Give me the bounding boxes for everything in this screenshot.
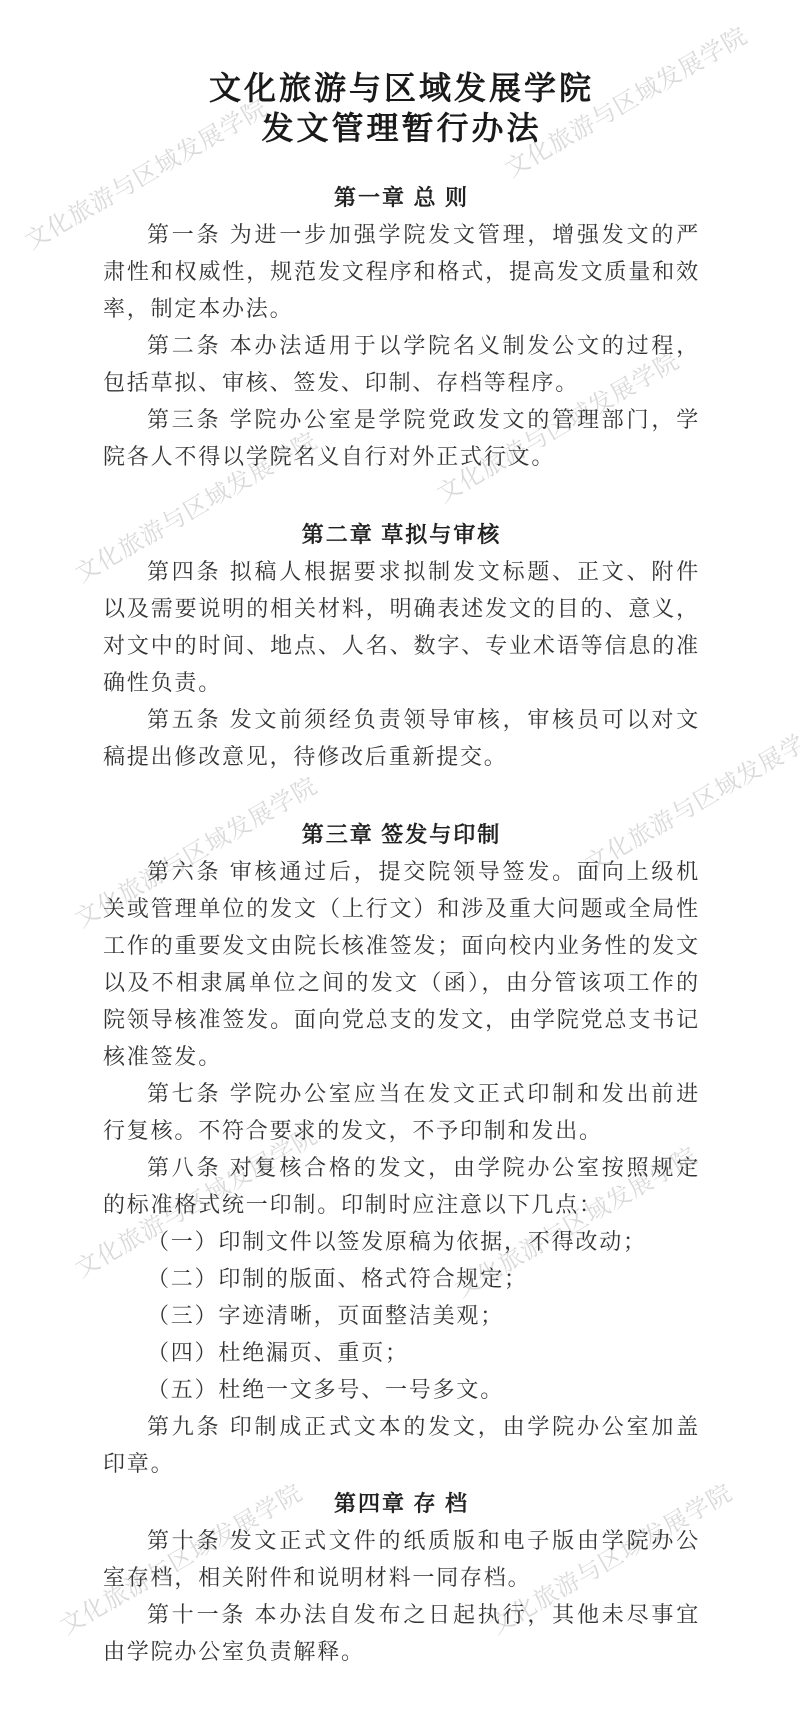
paragraph: 第三条 学院办公室是学院党政发文的管理部门，学院各人不得以学院名义自行对外正式行… <box>103 401 700 475</box>
paragraph: （五）杜绝一文多号、一号多文。 <box>103 1371 700 1408</box>
paragraph: 第十条 发文正式文件的纸质版和电子版由学院办公室存档，相关附件和说明材料一同存档… <box>103 1522 700 1596</box>
paragraph: （三）字迹清晰，页面整洁美观； <box>103 1297 700 1334</box>
paragraph: 第九条 印制成正式文本的发文，由学院办公室加盖印章。 <box>103 1408 700 1482</box>
chapter-heading: 第三章 签发与印制 <box>103 816 700 853</box>
paragraph: （二）印制的版面、格式符合规定； <box>103 1260 700 1297</box>
paragraph: 第六条 审核通过后，提交院领导签发。面向上级机关或管理单位的发文（上行文）和涉及… <box>103 853 700 1075</box>
paragraph: 第二条 本办法适用于以学院名义制发公文的过程，包括草拟、审核、签发、印制、存档等… <box>103 327 700 401</box>
paragraph: 第十一条 本办法自发布之日起执行，其他未尽事宜由学院办公室负责解释。 <box>103 1596 700 1670</box>
paragraph: 第一条 为进一步加强学院发文管理，增强发文的严肃性和权威性，规范发文程序和格式，… <box>103 216 700 327</box>
paragraph: 第四条 拟稿人根据要求拟制发文标题、正文、附件以及需要说明的相关材料，明确表述发… <box>103 553 700 701</box>
paragraph: （一）印制文件以签发原稿为依据，不得改动； <box>103 1223 700 1260</box>
chapter-heading: 第一章 总 则 <box>103 179 700 216</box>
paragraph: 第八条 对复核合格的发文，由学院办公室按照规定的标准格式统一印制。印制时应注意以… <box>103 1149 700 1223</box>
chapter-heading: 第二章 草拟与审核 <box>103 516 700 553</box>
doc-title-line2: 发文管理暂行办法 <box>103 108 700 148</box>
chapter-heading: 第四章 存 档 <box>103 1485 700 1522</box>
doc-title: 文化旅游与区域发展学院 发文管理暂行办法 <box>103 68 700 148</box>
paragraph: 第七条 学院办公室应当在发文正式印制和发出前进行复核。不符合要求的发文，不予印制… <box>103 1075 700 1149</box>
paragraph: （四）杜绝漏页、重页； <box>103 1334 700 1371</box>
paragraph: 第五条 发文前须经负责领导审核，审核员可以对文稿提出修改意见，待修改后重新提交。 <box>103 701 700 775</box>
chapters: 第一章 总 则第一条 为进一步加强学院发文管理，增强发文的严肃性和权威性，规范发… <box>103 179 700 1670</box>
doc-title-line1: 文化旅游与区域发展学院 <box>103 68 700 108</box>
document-content: 文化旅游与区域发展学院 发文管理暂行办法 第一章 总 则第一条 为进一步加强学院… <box>0 0 800 1670</box>
document-page: 文化旅游与区域发展学院文化旅游与区域发展学院文化旅游与区域发展学院文化旅游与区域… <box>0 0 800 1714</box>
